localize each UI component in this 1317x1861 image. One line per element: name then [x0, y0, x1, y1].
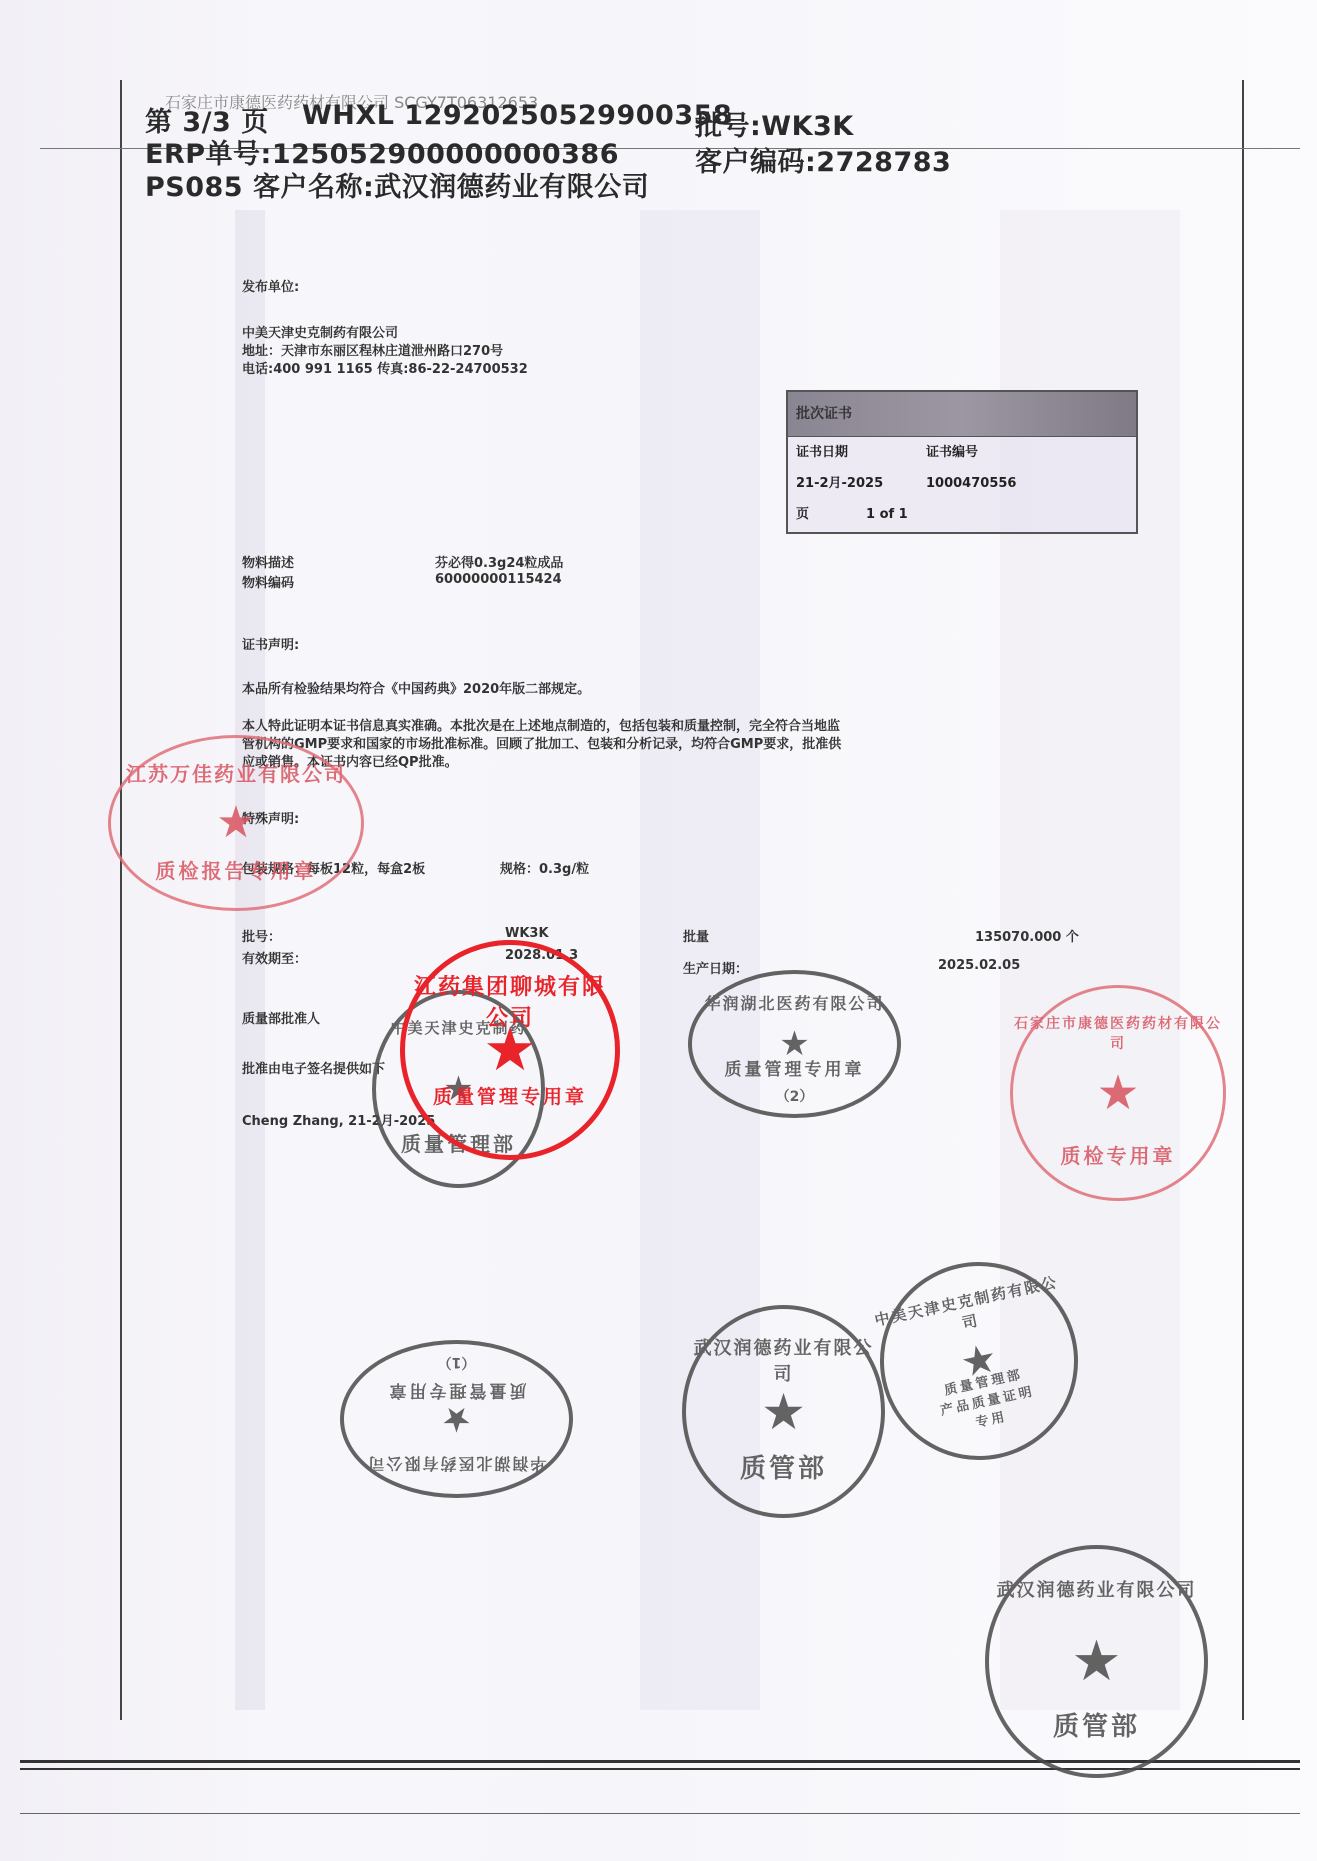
customer-code: 客户编码:2728783: [695, 140, 951, 179]
stamp-text: 江苏万佳药业有限公司: [126, 758, 346, 787]
stamp-text: 武汉润德药业有限公司: [997, 1576, 1197, 1602]
star-icon: ★: [1071, 1634, 1121, 1690]
cert-page-value: 1 of 1: [866, 499, 908, 530]
stamp-jiangsu-wanjia: 江苏万佳药业有限公司 ★ 质检报告专用章: [108, 735, 364, 911]
batch-label: 批号：: [242, 926, 281, 945]
material-desc-label: 物料描述: [242, 552, 294, 571]
stamp-text: 武汉润德药业有限公司: [686, 1334, 881, 1386]
cert-number-header: 证书编号: [926, 437, 978, 468]
stamp-text: 质量管理专用章: [725, 1055, 865, 1080]
issuer-company: 中美天津史克制药有限公司: [242, 322, 398, 341]
right-border-line: [1242, 80, 1244, 1720]
quantity-label: 批量: [683, 926, 709, 945]
quantity-value: 135070.000 个: [975, 926, 1079, 945]
batch-value: WK3K: [505, 926, 549, 941]
stamp-text: 石家庄市康德医药药材有限公司: [1013, 1013, 1223, 1053]
stamp-huarun-hubei-1: 华润湖北医药有限公司 ★ 质量管理专用章 （1）: [340, 1340, 573, 1498]
issuer-label: 发布单位:: [242, 276, 299, 295]
stamp-text: 质管部: [1053, 1706, 1140, 1743]
stamp-text: 质检专用章: [1061, 1140, 1176, 1169]
star-icon: ★: [1096, 1069, 1139, 1117]
certificate-header-row: 证书日期 证书编号: [788, 437, 1136, 468]
customer-name: PS085 客户名称:武汉润德药业有限公司: [145, 165, 649, 204]
certificate-page-row: 页 1 of 1: [788, 499, 1136, 530]
stamp-wuhan-runde-2: 武汉润德药业有限公司 ★ 质管部: [985, 1545, 1208, 1778]
left-border-line: [120, 80, 122, 1720]
statement-label: 证书声明:: [242, 634, 299, 653]
issuer-address: 地址：天津市东丽区程林庄道泄州路口270号: [242, 340, 503, 359]
expiry-label: 有效期至：: [242, 948, 307, 967]
issuer-phone-fax: 电话:400 991 1165 传真:86-22-24700532: [242, 358, 528, 377]
certificate-value-row: 21-2月-2025 1000470556: [788, 468, 1136, 499]
stamp-huarun-hubei-2: 华润湖北医药有限公司 ★ 质量管理专用章 （2）: [688, 970, 901, 1118]
statement-line1: 本品所有检验结果均符合《中国药典》2020年版二部规定。: [242, 678, 590, 697]
cert-number: 1000470556: [926, 468, 1016, 499]
cert-date-header: 证书日期: [796, 437, 926, 468]
star-icon: ★: [761, 1387, 806, 1437]
batch-certificate-box: 批次证书 证书日期 证书编号 21-2月-2025 1000470556 页 1…: [786, 390, 1138, 534]
stamp-text: 质检报告专用章: [156, 855, 317, 884]
certificate-box-title: 批次证书: [788, 392, 1136, 437]
stamp-text: 质管部: [740, 1448, 827, 1485]
stamp-shijiazhuang-kangde: 石家庄市康德医药药材有限公司 ★ 质检专用章: [1010, 985, 1226, 1201]
manufacture-date-value: 2025.02.05: [938, 958, 1020, 973]
stamp-text: （2）: [776, 1086, 814, 1106]
stamp-jiangyao-liaocheng: 江药集团聊城有限公司 ★ 质量管理专用章: [400, 940, 620, 1160]
stamp-text: （1）: [438, 1353, 476, 1373]
doc-number: WHXL 1292025052990035​8: [302, 100, 732, 131]
material-code-value: 60000000115424: [435, 572, 562, 587]
manufacture-date-label: 生产日期：: [683, 958, 748, 977]
signature-note: 批准由电子签名提供如下: [242, 1058, 385, 1077]
stamp-text: 质量管理专用章: [433, 1082, 587, 1109]
approver-label: 质量部批准人: [242, 1008, 320, 1027]
cert-page-label: 页: [796, 499, 866, 530]
material-desc-value: 芬必得0.3g24粒成品: [435, 552, 563, 571]
footer-rule: [20, 1813, 1300, 1814]
star-icon: ★: [441, 1402, 471, 1436]
material-code-label: 物料编码: [242, 572, 294, 591]
stamp-wuhan-runde: 武汉润德药业有限公司 ★ 质管部: [682, 1305, 885, 1518]
star-icon: ★: [216, 801, 255, 845]
stamp-text: 质量管理专用章: [387, 1380, 527, 1405]
stamp-text: 华润湖北医药有限公司: [367, 1453, 547, 1476]
stamp-text: 华润湖北医药有限公司: [704, 991, 884, 1014]
header-batch-number: 批号:WK3K: [695, 104, 854, 143]
dosage-spec: 规格：0.3g/粒: [500, 858, 589, 877]
cert-date: 21-2月-2025: [796, 468, 926, 499]
stamp-text: 质量管理部 产品质量证明专用: [932, 1362, 1042, 1439]
star-icon: ★: [483, 1020, 537, 1080]
